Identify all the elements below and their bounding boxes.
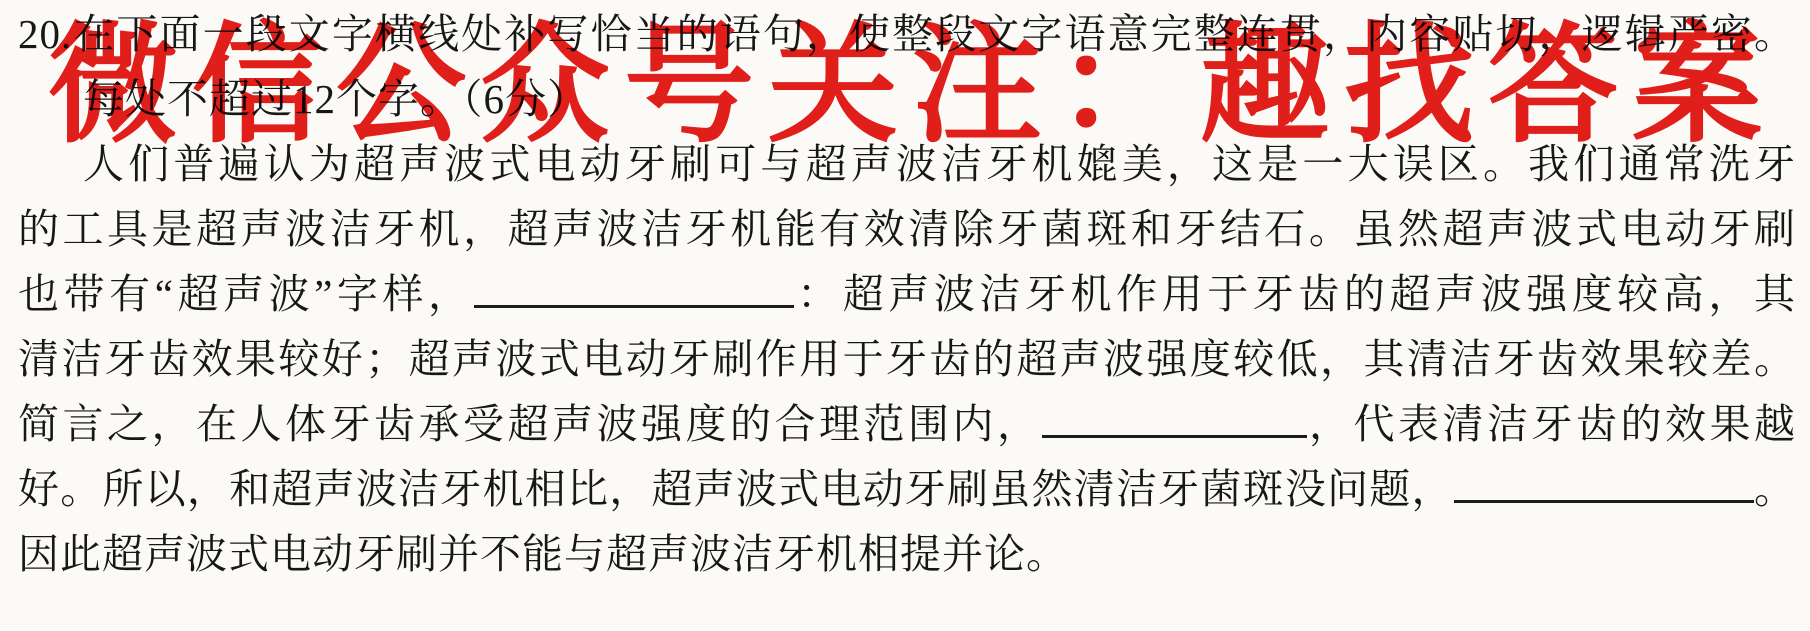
text-segment: 好。所以，和超声波洁牙机相比，超声波式电动牙刷虽然清洁牙菌斑没问题， <box>18 466 1454 512</box>
body-line-5: 简言之，在人体牙齿承受超声波强度的合理范围内，，代表清洁牙齿的效果越 <box>18 392 1796 457</box>
body-line-7: 因此超声波式电动牙刷并不能与超声波洁牙机相提并论。 <box>18 522 1796 587</box>
text-segment: 的工具是超声波洁牙机，超声波洁牙机能有效清除牙菌斑和牙结石。虽然超声波式电动牙刷 <box>18 206 1796 252</box>
text-segment: 20.在下面一段文字横线处补写恰当的语句，使整段文字语意完整连贯，内容贴切，逻辑… <box>18 11 1796 57</box>
prompt-line-2: 每处不超过12个字。（6分） <box>18 67 1796 132</box>
answer-blank-underline <box>474 266 794 308</box>
body-line-6: 好。所以，和超声波洁牙机相比，超声波式电动牙刷虽然清洁牙菌斑没问题，。 <box>18 457 1796 522</box>
body-line-2: 的工具是超声波洁牙机，超声波洁牙机能有效清除牙菌斑和牙结石。虽然超声波式电动牙刷 <box>18 197 1796 262</box>
exam-page-scan: 20.在下面一段文字横线处补写恰当的语句，使整段文字语意完整连贯，内容贴切，逻辑… <box>0 0 1810 631</box>
text-segment: ：超声波洁牙机作用于牙齿的超声波强度较高，其 <box>794 271 1796 317</box>
body-line-1: 人们普遍认为超声波式电动牙刷可与超声波洁牙机媲美，这是一大误区。我们通常洗牙 <box>18 132 1796 197</box>
body-line-3: 也带有“超声波”字样，：超声波洁牙机作用于牙齿的超声波强度较高，其 <box>18 262 1796 327</box>
body-line-4: 清洁牙齿效果较好；超声波式电动牙刷作用于牙齿的超声波强度较低，其清洁牙齿效果较差… <box>18 327 1796 392</box>
text-segment: 每处不超过12个字。（6分） <box>83 76 589 122</box>
question-block: 20.在下面一段文字横线处补写恰当的语句，使整段文字语意完整连贯，内容贴切，逻辑… <box>0 0 1810 631</box>
answer-blank-underline <box>1454 461 1754 503</box>
text-segment: 。 <box>1754 466 1796 512</box>
text-segment: 清洁牙齿效果较好；超声波式电动牙刷作用于牙齿的超声波强度较低，其清洁牙齿效果较差… <box>18 336 1796 382</box>
text-segment: 因此超声波式电动牙刷并不能与超声波洁牙机相提并论。 <box>18 531 1068 577</box>
text-segment: 也带有“超声波”字样， <box>18 271 474 317</box>
text-segment: ，代表清洁牙齿的效果越 <box>1307 401 1797 447</box>
prompt-line-1: 20.在下面一段文字横线处补写恰当的语句，使整段文字语意完整连贯，内容贴切，逻辑… <box>18 2 1796 67</box>
text-segment: 简言之，在人体牙齿承受超声波强度的合理范围内， <box>18 401 1042 447</box>
answer-blank-underline <box>1042 396 1307 438</box>
text-segment: 人们普遍认为超声波式电动牙刷可与超声波洁牙机媲美，这是一大误区。我们通常洗牙 <box>83 141 1796 187</box>
